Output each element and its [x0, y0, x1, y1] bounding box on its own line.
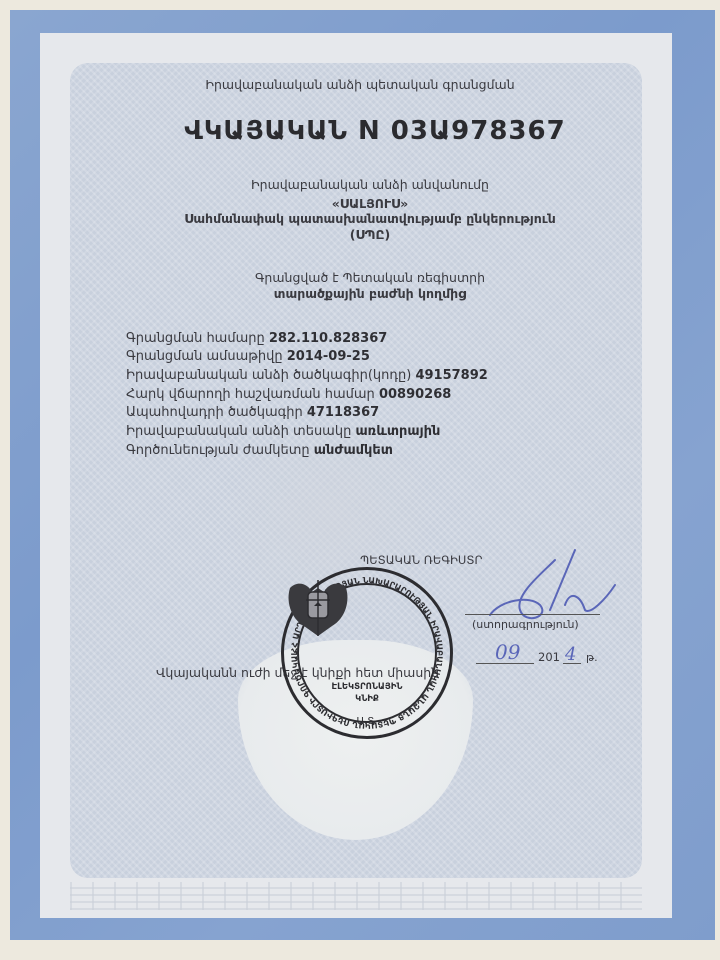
date-day-month: 09	[495, 640, 520, 664]
certificate-title: ՎԿԱՅԱԿԱՆ N 03Ա978367	[30, 116, 720, 146]
stamp-initials: Ա.Տ.	[284, 716, 450, 727]
date-suffix: թ.	[586, 651, 598, 664]
signature-caption: (ստորագրություն)	[472, 618, 579, 631]
field-insurer-code: Ապահովադրի ծածկագիր 47118367	[126, 405, 379, 420]
field-value: 47118367	[307, 405, 379, 420]
field-entity-type: Իրավաբանական անձի տեսակը առևտրային	[126, 424, 440, 439]
field-registration-number: Գրանցման համարը 282.110.828367	[126, 331, 387, 346]
field-value: առևտրային	[355, 424, 440, 439]
field-label: Իրավաբանական անձի ծածկագիր(կոդը)	[126, 368, 411, 383]
field-value: 282.110.828367	[269, 331, 387, 346]
name-label: Իրավաբանական անձի անվանումը	[20, 177, 720, 192]
field-label: Իրավաբանական անձի տեսակը	[126, 424, 351, 439]
field-value: 2014-09-25	[287, 349, 370, 364]
field-label: Գրանցման համարը	[126, 331, 265, 346]
meander-border-pattern	[70, 882, 642, 910]
official-stamp: ՀՀ ԱՐԴԱՐԱԴԱՏՈՒԹՅԱՆ ՆԱԽԱՐԱՐՈՒԹՅԱՆ ԻՐԱՎԱԲԱ…	[281, 567, 453, 739]
field-label: Հարկ վճարողի հաշվառման համար	[126, 387, 375, 402]
field-label: Գրանցման ամսաթիվը	[126, 349, 283, 364]
date-year-suffix: 4	[565, 644, 576, 665]
title-word: ՎԿԱՅԱԿԱՆ	[184, 116, 348, 146]
field-value: անժամկետ	[314, 443, 393, 458]
company-legal-form: Սահմանափակ պատասխանատվությամբ ընկերությո…	[20, 211, 720, 226]
field-entity-code: Իրավաբանական անձի ծածկագիր(կոդը) 4915789…	[126, 368, 488, 383]
page-background: Իրավաբանական անձի պետական գրանցման ՎԿԱՅԱ…	[0, 0, 720, 960]
signature-line	[465, 614, 600, 615]
registrar-label: ՊԵՏԱԿԱՆ ՌԵԳԻՍՏՐ	[360, 553, 482, 567]
company-name: «ՍԱԼՅՈՒՍ»	[20, 196, 720, 211]
stamp-center-line2: ԿՆԻՔ	[284, 694, 450, 704]
field-taxpayer-number: Հարկ վճարողի հաշվառման համար 00890268	[126, 387, 451, 402]
company-legal-form-abbr: (ՍՊԸ)	[20, 227, 720, 242]
coat-of-arms-icon	[284, 570, 352, 642]
field-value: 00890268	[379, 387, 451, 402]
field-label: Գործունեության ժամկետը	[126, 443, 310, 458]
field-activity-term: Գործունեության ժամկետը անժամկետ	[126, 443, 393, 458]
registered-by-line2: տարածքային բաժնի կողմից	[20, 286, 720, 301]
date-year-prefix: 201	[538, 650, 560, 664]
certificate-number: N 03Ա978367	[358, 116, 566, 146]
field-label: Ապահովադրի ծածկագիր	[126, 405, 303, 420]
stamp-center-line1: ԷԼԵԿՏՐՈՆԱՅԻՆ	[284, 682, 450, 692]
certificate-header: Իրավաբանական անձի պետական գրանցման	[0, 77, 720, 92]
registered-by-line1: Գրանցված է Պետական ռեգիստրի	[20, 270, 720, 285]
field-value: 49157892	[415, 368, 487, 383]
field-registration-date: Գրանցման ամսաթիվը 2014-09-25	[126, 349, 370, 364]
